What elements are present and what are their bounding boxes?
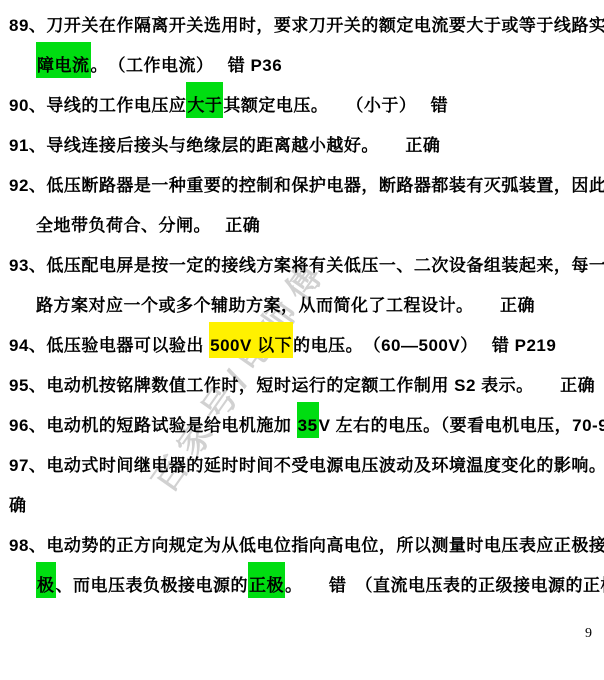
question-line-2: 90、导线的工作电压应大于其额定电压。 （小于） 错: [9, 86, 602, 126]
question-line-13: 98、电动势的正方向规定为从低电位指向高电位，所以测量时电压表应正极接电源负: [9, 526, 602, 566]
highlighted-text-yellow: 500V 以下: [209, 322, 293, 358]
question-line-0: 89、刀开关在作隔离开关选用时，要求刀开关的额定电流要大于或等于线路实际的故: [9, 6, 602, 46]
text-segment: 其额定电压。 （小于） 错: [223, 96, 448, 115]
document-page: 百家号/电师傅 89、刀开关在作隔离开关选用时，要求刀开关的额定电流要大于或等于…: [0, 0, 604, 680]
text-segment: 90、导线的工作电压应: [9, 96, 186, 115]
text-segment: 95、电动机按铭牌数值工作时，短时运行的定额工作制用 S2 表示。 正确: [9, 376, 595, 395]
text-segment: 92、低压断路器是一种重要的控制和保护电器，断路器都装有灭弧装置，因此可以安: [9, 176, 604, 195]
text-segment: 93、低压配电屏是按一定的接线方案将有关低压一、二次设备组装起来，每一个主电: [9, 256, 604, 275]
highlighted-text-green: 正极: [248, 562, 285, 598]
highlighted-text-green: 障电流: [36, 42, 91, 78]
highlighted-text-green: 大于: [186, 82, 223, 118]
question-line-9: 95、电动机按铭牌数值工作时，短时运行的定额工作制用 S2 表示。 正确: [9, 366, 602, 406]
question-line-7: 路方案对应一个或多个辅助方案，从而简化了工程设计。 正确: [9, 286, 602, 326]
text-segment: 。 错 （直流电压表的正级接电源的正极）: [285, 576, 604, 595]
text-segment: 91、导线连接后接头与绝缘层的距离越小越好。 正确: [9, 136, 440, 155]
question-line-3: 91、导线连接后接头与绝缘层的距离越小越好。 正确: [9, 126, 602, 166]
text-segment: 。 （工作电流） 错 P36: [91, 56, 283, 75]
page-number: 9: [585, 626, 592, 642]
question-line-12: 确: [9, 486, 602, 526]
question-line-14: 极、而电压表负极接电源的正极。 错 （直流电压表的正级接电源的正极）: [9, 566, 602, 606]
question-line-5: 全地带负荷合、分闸。 正确: [9, 206, 602, 246]
question-line-8: 94、低压验电器可以验出 500V 以下的电压。 （60—500V） 错 P21…: [9, 326, 602, 366]
highlighted-text-green: 极: [36, 562, 56, 598]
text-segment: 89、刀开关在作隔离开关选用时，要求刀开关的额定电流要大于或等于线路实际的: [9, 16, 604, 35]
text-segment: 96、电动机的短路试验是给电机施加: [9, 416, 297, 435]
question-line-6: 93、低压配电屏是按一定的接线方案将有关低压一、二次设备组装起来，每一个主电: [9, 246, 602, 286]
text-segment: 94、低压验电器可以验出: [9, 336, 209, 355]
text-segment: V 左右的电压。（要看电机电压，70-95V） 错: [319, 416, 604, 435]
text-segment: 97、电动式时间继电器的延时时间不受电源电压波动及环境温度变化的影响。 正: [9, 456, 604, 475]
text-segment: 98、电动势的正方向规定为从低电位指向高电位，所以测量时电压表应正极接电源: [9, 536, 604, 555]
text-segment: 的电压。 （60—500V） 错 P219: [293, 336, 556, 355]
text-segment: 全地带负荷合、分闸。 正确: [36, 216, 260, 235]
text-segment: 路方案对应一个或多个辅助方案，从而简化了工程设计。 正确: [36, 296, 535, 315]
text-segment: 确: [9, 496, 27, 515]
highlighted-text-green: 35: [297, 402, 319, 438]
question-list: 89、刀开关在作隔离开关选用时，要求刀开关的额定电流要大于或等于线路实际的故障电…: [9, 6, 602, 606]
question-line-4: 92、低压断路器是一种重要的控制和保护电器，断路器都装有灭弧装置，因此可以安: [9, 166, 602, 206]
text-segment: 、而电压表负极接电源的: [56, 576, 249, 595]
question-line-11: 97、电动式时间继电器的延时时间不受电源电压波动及环境温度变化的影响。 正: [9, 446, 602, 486]
question-line-1: 障电流。 （工作电流） 错 P36: [9, 46, 602, 86]
question-line-10: 96、电动机的短路试验是给电机施加 35V 左右的电压。（要看电机电压，70-9…: [9, 406, 602, 446]
